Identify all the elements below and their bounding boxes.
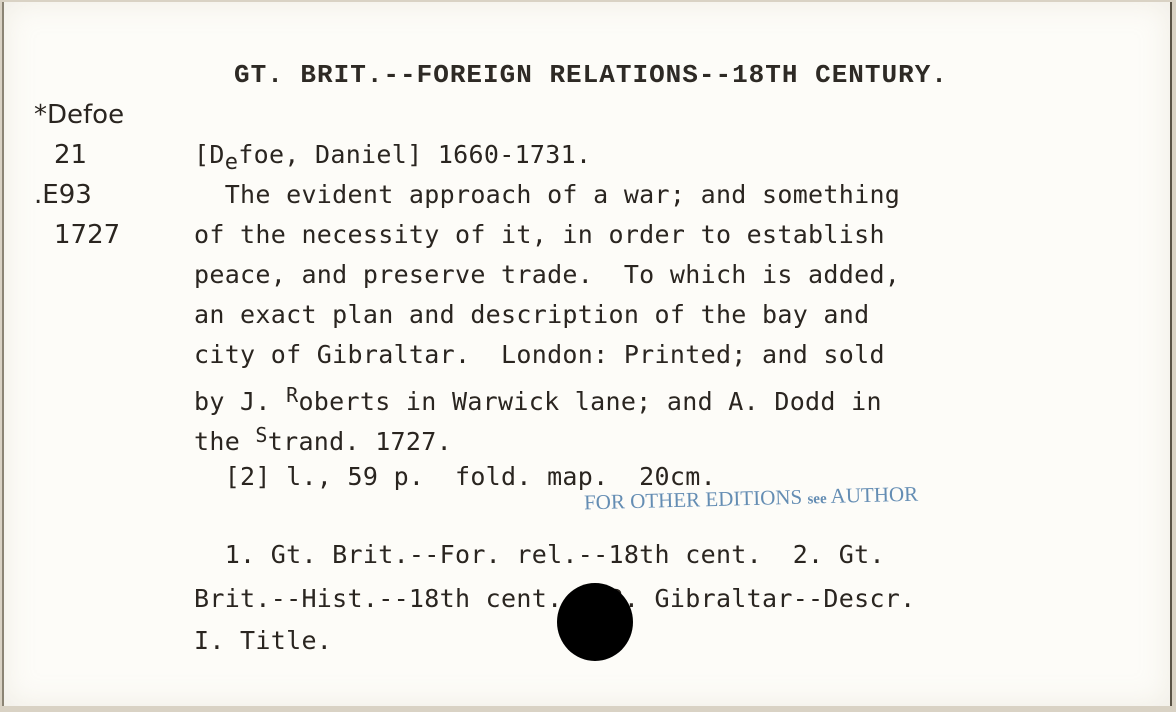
call-number-line-2: 21 <box>54 140 87 170</box>
title-line-5: city of Gibraltar. London: Printed; and … <box>194 340 885 370</box>
tracing-line-3: I. Title. <box>194 626 332 656</box>
t6-pre: by J. <box>194 387 286 416</box>
t6-sup: R <box>286 383 298 407</box>
title-line-2: of the necessity of it, in order to esta… <box>194 220 885 250</box>
title-line-3: peace, and preserve trade. To which is a… <box>194 260 900 290</box>
author-rest: foe, Daniel] 1660-1731. <box>238 140 591 169</box>
author-line: [Defoe, Daniel] 1660-1731. <box>194 140 591 178</box>
subject-heading: GT. BRIT.--FOREIGN RELATIONS--18TH CENTU… <box>234 60 948 90</box>
t7-pre: the <box>194 427 255 456</box>
call-number-line-3: .E93 <box>34 180 92 210</box>
title-line-7: the Strand. 1727. <box>194 420 452 457</box>
card-punch-hole <box>557 583 633 661</box>
call-number-line-1: *Defoe <box>34 100 124 130</box>
author-sub: e <box>225 150 239 175</box>
author-open: [D <box>194 140 225 169</box>
stamp-see: see <box>807 491 827 507</box>
title-line-4: an exact plan and description of the bay… <box>194 300 869 330</box>
title-line-1: The evident approach of a war; and somet… <box>194 180 900 210</box>
t6-post: oberts in Warwick lane; and A. Dodd in <box>298 387 881 416</box>
t7-sup: S <box>255 423 267 447</box>
title-line-6: by J. Roberts in Warwick lane; and A. Do… <box>194 380 882 417</box>
call-number-line-4: 1727 <box>54 220 120 250</box>
t7-post: trand. 1727. <box>268 427 452 456</box>
tracing-line-2: Brit.--Hist.--18th cent. 3. Gibraltar--D… <box>194 584 916 614</box>
tracing-line-1: 1. Gt. Brit.--For. rel.--18th cent. 2. G… <box>194 540 885 570</box>
collation-line: [2] l., 59 p. fold. map. 20cm. <box>194 462 716 492</box>
catalog-card: GT. BRIT.--FOREIGN RELATIONS--18TH CENTU… <box>2 2 1172 706</box>
stamp-main: FOR OTHER EDITIONS <box>584 485 808 515</box>
stamp-author: AUTHOR <box>826 482 918 508</box>
